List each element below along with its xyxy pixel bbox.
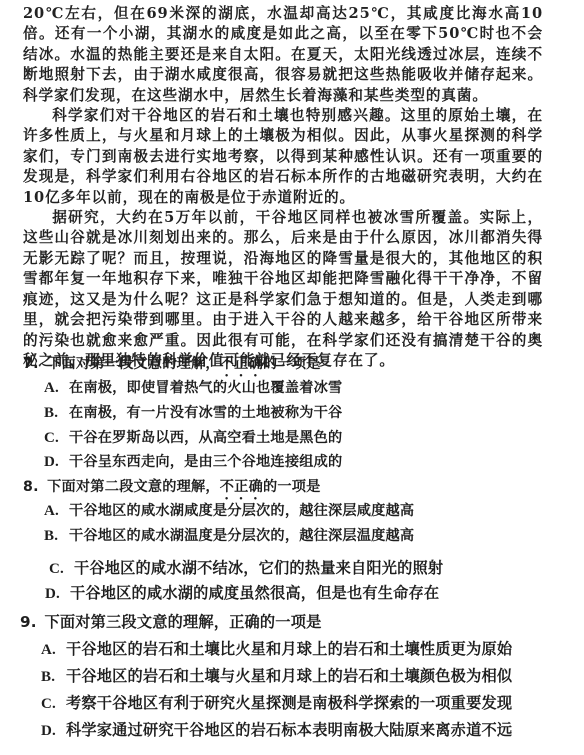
- option-letter: C.: [49, 561, 74, 578]
- question-number: 9.: [20, 613, 39, 631]
- option-text: 干谷地区的岩石和土壤比火星和月球上的岩石和土壤性质更为原始: [66, 640, 512, 658]
- option-text: 干谷地区的咸水湖的咸度虽然很高，但是也有生命存在: [70, 584, 439, 602]
- question-8-option-c[interactable]: C.干谷地区的咸水湖不结冰，它们的热量来自阳光的照射: [49, 557, 443, 578]
- passage-paragraph-1: 20℃左右，但在69米深的湖底，水温却高达25℃，其咸度比海水高10倍。还有一个…: [23, 4, 543, 106]
- option-letter: C.: [44, 430, 69, 447]
- passage-paragraph-3: 据研究，大约在5万年以前，干谷地区同样也被冰雪所覆盖。实际上，这些山谷就是冰川刻…: [23, 208, 543, 371]
- question-7-option-b[interactable]: B.在南极，有一片没有冰雪的土地被称为干谷: [44, 402, 342, 422]
- option-letter: A.: [44, 380, 69, 397]
- question-7-stem: 7. 下面对第一段文意的理解，不正确的一项是: [23, 353, 321, 380]
- stem-text: 的一项是: [263, 479, 321, 495]
- emphasis-text: 不正确: [220, 479, 263, 495]
- stem-text: 下面对第一段文意的理解，: [47, 356, 220, 372]
- question-9-option-d[interactable]: D.科学家通过研究干谷地区的岩石标本表明南极大陆原来离赤道不远: [41, 719, 512, 740]
- question-8-stem: 8. 下面对第二段文意的理解，不正确的一项是: [23, 476, 321, 503]
- option-letter: D.: [41, 723, 66, 740]
- question-number: 8.: [23, 479, 42, 495]
- option-letter: A.: [41, 642, 66, 659]
- question-9-option-c[interactable]: C.考察干谷地区有利于研究火星探测是南极科学探索的一项重要发现: [41, 692, 512, 713]
- option-letter: C.: [41, 696, 66, 713]
- option-text: 干谷地区的咸水湖温度是分层次的，越往深层温度越高: [69, 528, 414, 544]
- option-letter: B.: [41, 669, 66, 686]
- question-number: 7.: [23, 356, 42, 372]
- reading-passage: 20℃左右，但在69米深的湖底，水温却高达25℃，其咸度比海水高10倍。还有一个…: [23, 4, 543, 371]
- option-text: 干谷在罗斯岛以西，从高空看土地是黑色的: [69, 430, 342, 446]
- option-letter: D.: [45, 586, 70, 603]
- option-text: 考察干谷地区有利于研究火星探测是南极科学探索的一项重要发现: [66, 694, 512, 712]
- option-letter: A.: [44, 503, 69, 520]
- option-letter: B.: [44, 405, 69, 422]
- option-text: 干谷呈东西走向，是由三个谷地连接组成的: [69, 454, 342, 470]
- question-8-option-b[interactable]: B.干谷地区的咸水湖温度是分层次的，越往深层温度越高: [44, 525, 414, 545]
- question-7-option-d[interactable]: D.干谷呈东西走向，是由三个谷地连接组成的: [44, 451, 342, 471]
- option-text: 干谷地区的岩石和土壤与火星和月球上的岩石和土壤颜色极为相似: [66, 667, 512, 685]
- option-text: 科学家通过研究干谷地区的岩石标本表明南极大陆原来离赤道不远: [66, 721, 512, 739]
- option-text: 在南极，有一片没有冰雪的土地被称为干谷: [69, 405, 342, 421]
- question-8-option-d[interactable]: D.干谷地区的咸水湖的咸度虽然很高，但是也有生命存在: [45, 582, 439, 603]
- stem-text: 下面对第二段文意的理解，: [47, 479, 220, 495]
- option-letter: D.: [44, 454, 69, 471]
- question-7-option-a[interactable]: A.在南极，即使冒着热气的火山也覆盖着冰雪: [44, 377, 342, 397]
- question-9-option-b[interactable]: B.干谷地区的岩石和土壤与火星和月球上的岩石和土壤颜色极为相似: [41, 665, 512, 686]
- question-7-option-c[interactable]: C.干谷在罗斯岛以西，从高空看土地是黑色的: [44, 427, 342, 447]
- stem-text: 的一项是: [263, 356, 321, 372]
- question-8-option-a[interactable]: A.干谷地区的咸水湖咸度是分层次的，越往深层咸度越高: [44, 500, 414, 520]
- option-text: 干谷地区的咸水湖不结冰，它们的热量来自阳光的照射: [74, 559, 443, 577]
- stem-text: 下面对第三段文意的理解，正确的一项是: [45, 613, 322, 631]
- question-9-stem: 9. 下面对第三段文意的理解，正确的一项是: [20, 611, 321, 632]
- emphasis-text: 不正确: [220, 356, 263, 372]
- option-letter: B.: [44, 528, 69, 545]
- passage-paragraph-2: 科学家们对干谷地区的岩石和土壤也特别感兴趣。这里的原始土壤，在许多性质上，与火星…: [23, 106, 543, 208]
- question-9-option-a[interactable]: A.干谷地区的岩石和土壤比火星和月球上的岩石和土壤性质更为原始: [41, 638, 512, 659]
- option-text: 干谷地区的咸水湖咸度是分层次的，越往深层咸度越高: [69, 503, 414, 519]
- option-text: 在南极，即使冒着热气的火山也覆盖着冰雪: [69, 380, 342, 396]
